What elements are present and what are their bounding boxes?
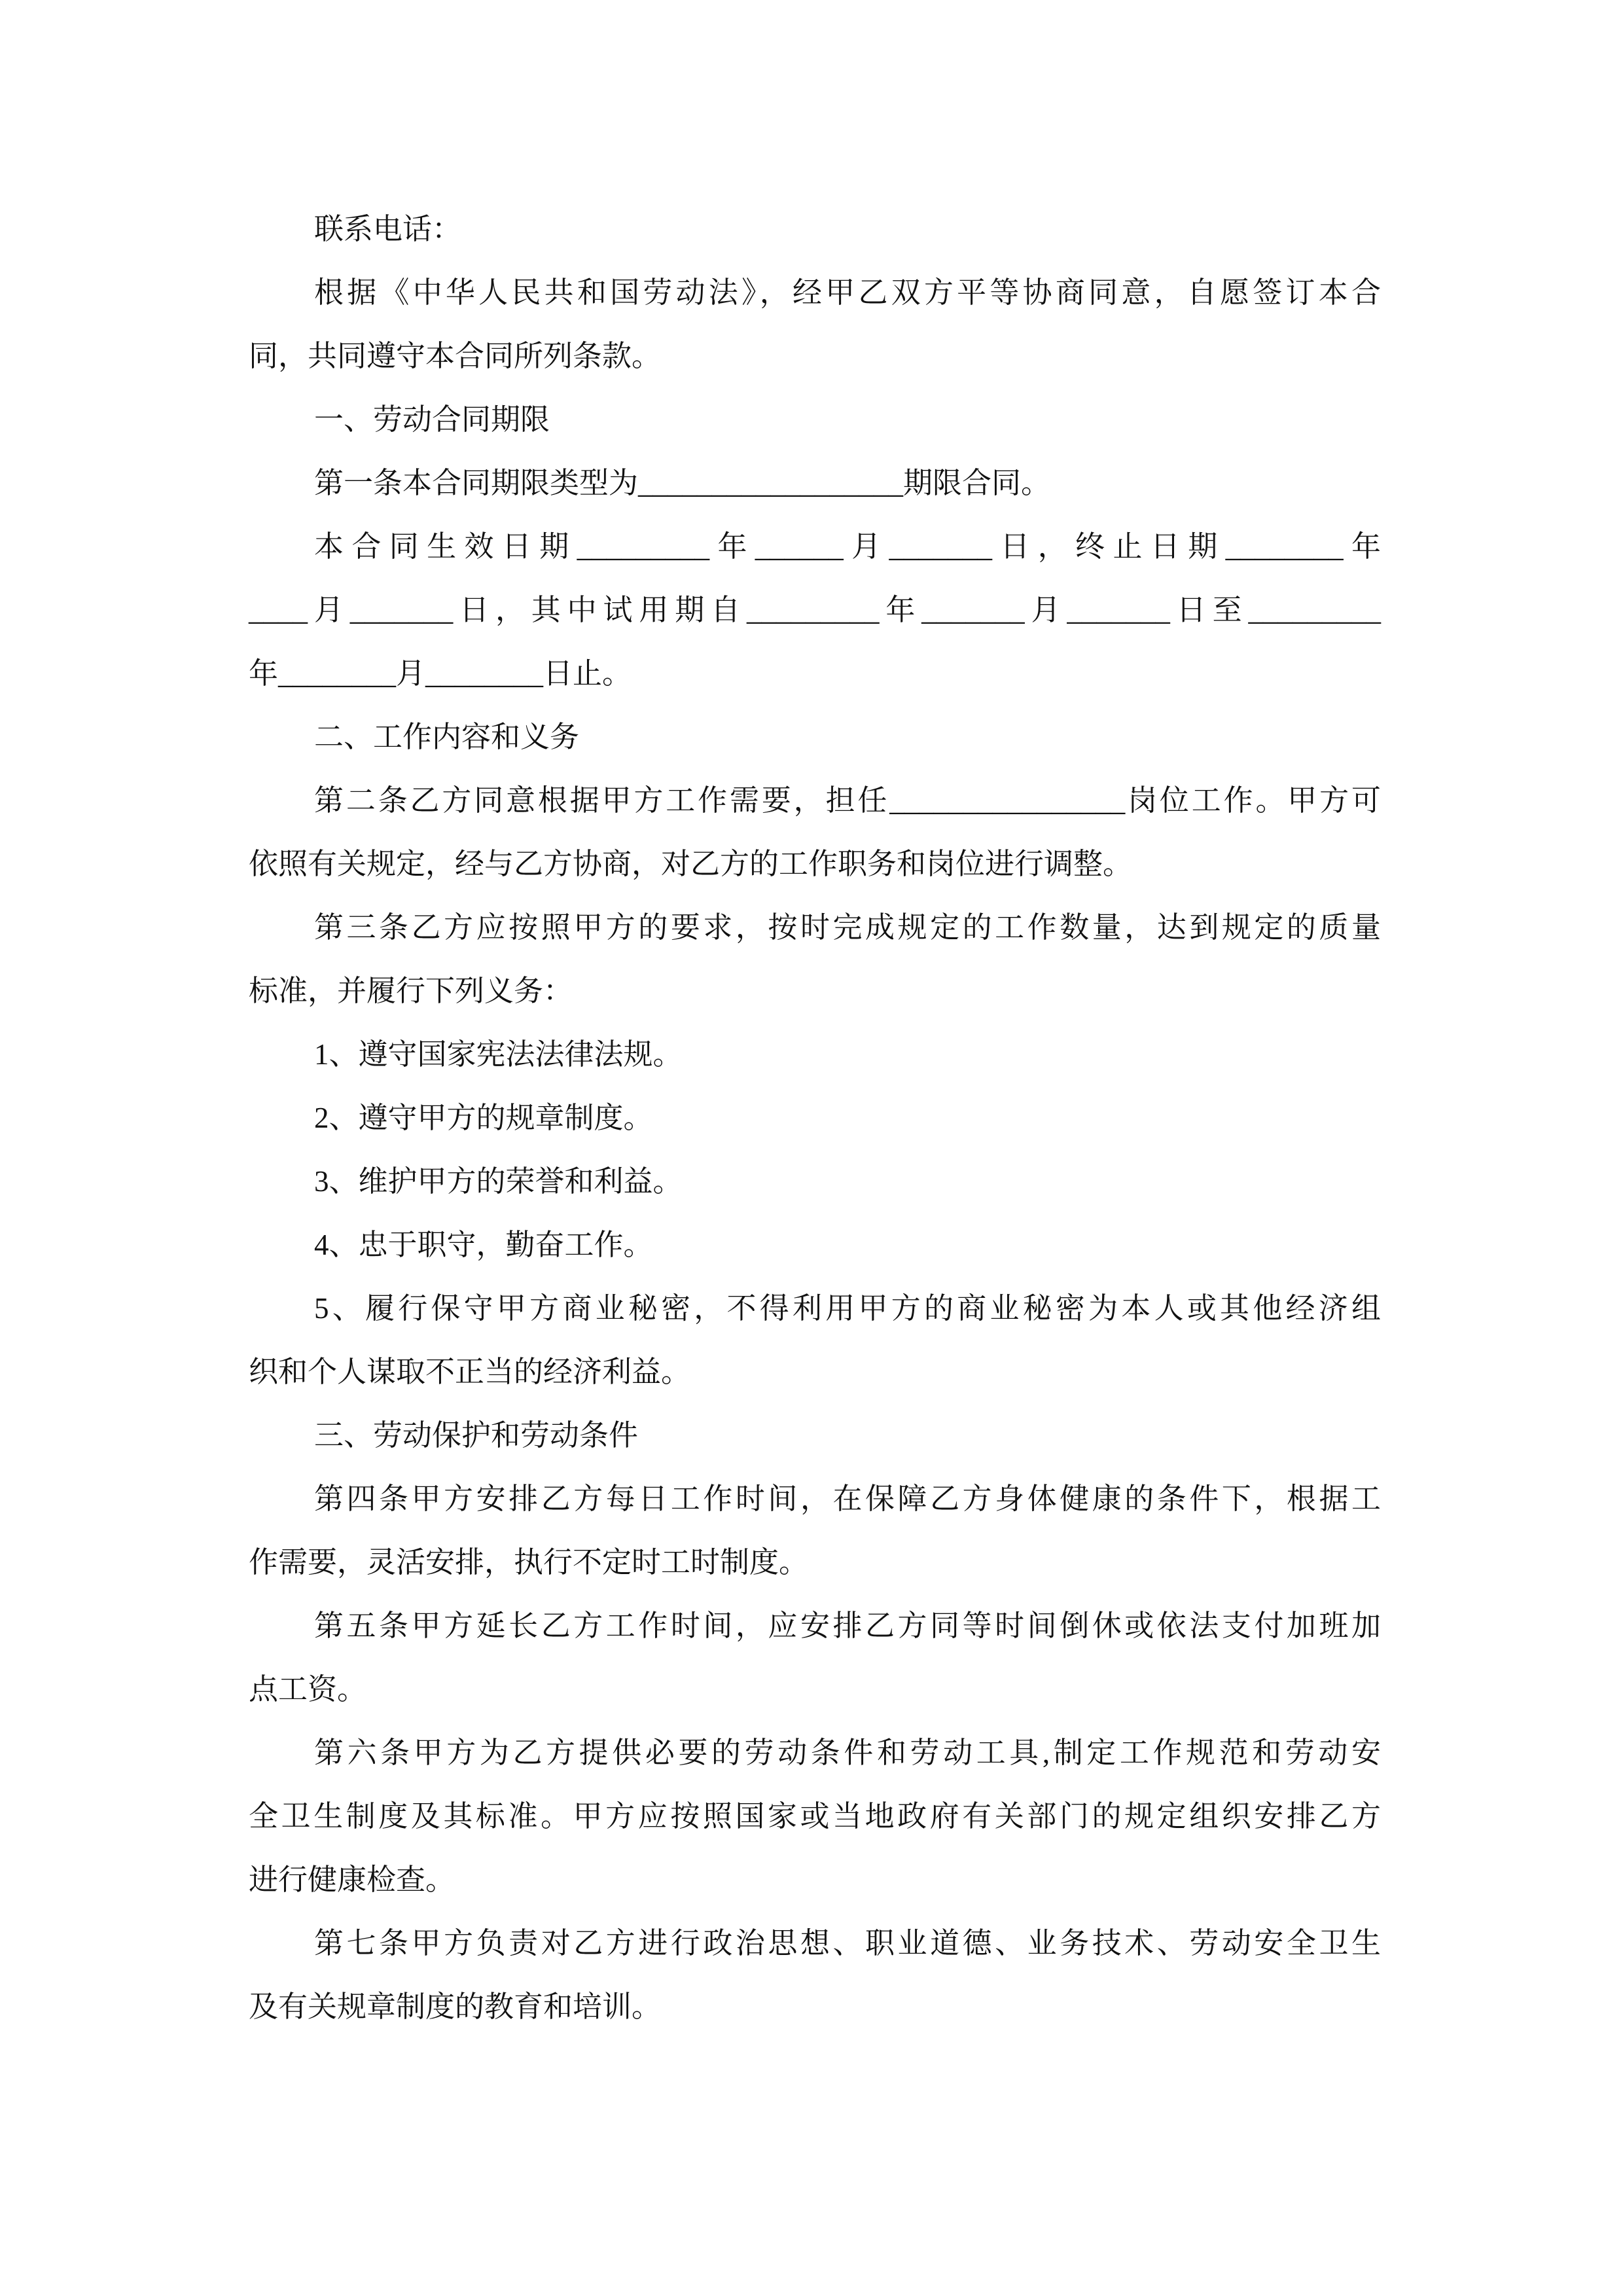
document-line: 4、忠于职守，勤奋工作。 — [249, 1213, 1381, 1277]
document-line: 织和个人谋取不正当的经济利益。 — [249, 1340, 1381, 1404]
document-line: 第七条甲方负责对乙方进行政治思想、职业道德、业务技术、劳动安全卫生 — [249, 1912, 1381, 1975]
document-line: 全卫生制度及其标准。甲方应按照国家或当地政府有关部门的规定组织安排乙方 — [249, 1785, 1381, 1848]
document-line: 三、劳动保护和劳动条件 — [249, 1404, 1381, 1467]
document-line: 一、劳动合同期限 — [249, 388, 1381, 452]
document-line: 年________月________日止。 — [249, 642, 1381, 706]
document-line: 点工资。 — [249, 1658, 1381, 1721]
document-line: 第一条本合同期限类型为__________________期限合同。 — [249, 452, 1381, 515]
document-line: 及有关规章制度的教育和培训。 — [249, 1975, 1381, 2039]
document-line: 进行健康检查。 — [249, 1848, 1381, 1912]
document-line: ____月_______日，其中试用期自_________年_______月__… — [249, 579, 1381, 642]
document-line: 标准，并履行下列义务： — [249, 960, 1381, 1023]
document-page: 联系电话：根据《中华人民共和国劳动法》，经甲乙双方平等协商同意，自愿签订本合同，… — [0, 0, 1623, 2296]
document-line: 依照有关规定，经与乙方协商，对乙方的工作职务和岗位进行调整。 — [249, 833, 1381, 896]
document-line: 3、维护甲方的荣誉和利益。 — [249, 1150, 1381, 1213]
document-line: 本合同生效日期_________年______月_______日，终止日期___… — [249, 515, 1381, 579]
document-line: 1、遵守国家宪法法律法规。 — [249, 1023, 1381, 1086]
document-line: 第五条甲方延长乙方工作时间，应安排乙方同等时间倒休或依法支付加班加 — [249, 1594, 1381, 1658]
document-line: 同，共同遵守本合同所列条款。 — [249, 325, 1381, 388]
document-line: 联系电话： — [249, 198, 1381, 261]
document-line: 二、工作内容和义务 — [249, 706, 1381, 769]
document-line: 5、履行保守甲方商业秘密，不得利用甲方的商业秘密为本人或其他经济组 — [249, 1277, 1381, 1340]
document-line: 第六条甲方为乙方提供必要的劳动条件和劳动工具,制定工作规范和劳动安 — [249, 1721, 1381, 1785]
document-line: 2、遵守甲方的规章制度。 — [249, 1086, 1381, 1150]
document-line: 作需要，灵活安排，执行不定时工时制度。 — [249, 1531, 1381, 1594]
document-line: 第四条甲方安排乙方每日工作时间，在保障乙方身体健康的条件下，根据工 — [249, 1467, 1381, 1531]
document-body: 联系电话：根据《中华人民共和国劳动法》，经甲乙双方平等协商同意，自愿签订本合同，… — [249, 198, 1381, 2039]
document-line: 第二条乙方同意根据甲方工作需要，担任________________岗位工作。甲… — [249, 769, 1381, 833]
document-line: 第三条乙方应按照甲方的要求，按时完成规定的工作数量，达到规定的质量 — [249, 896, 1381, 960]
document-line: 根据《中华人民共和国劳动法》，经甲乙双方平等协商同意，自愿签订本合 — [249, 261, 1381, 325]
